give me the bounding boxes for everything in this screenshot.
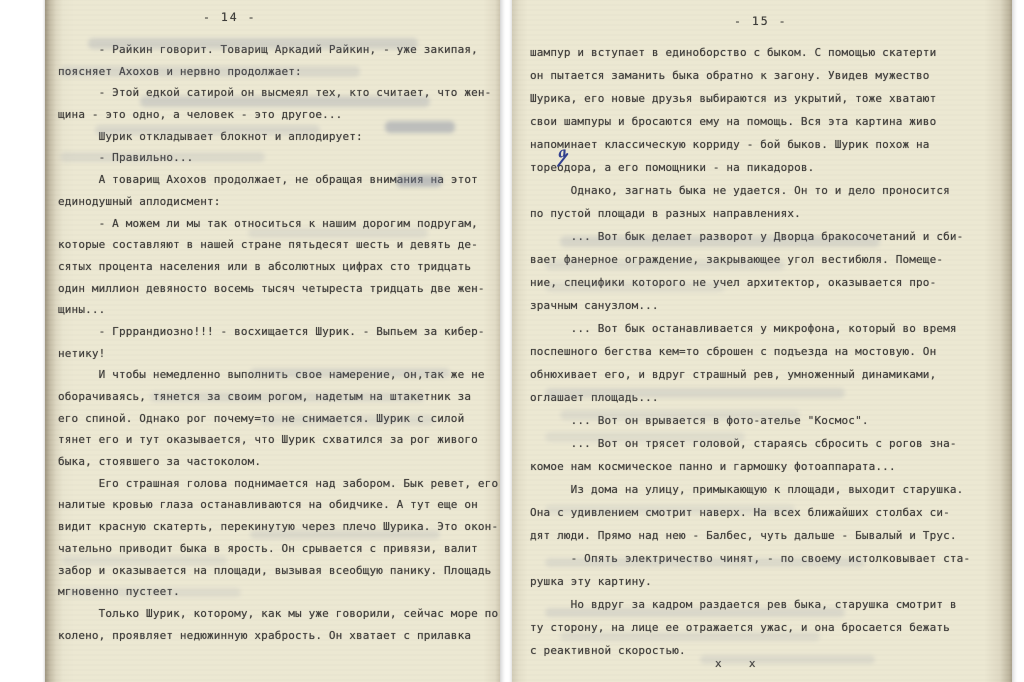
text-line: тянет его и тут оказывается, что Шурик с… [58,429,498,451]
text-line: ... Вот он врывается в фото-ателье "Косм… [530,409,970,432]
text-line: Шурика, его новые друзья выбираются из у… [530,87,970,110]
text-line: Однако, загнать быка не удается. Он то и… [530,179,970,202]
text-line: вает фанерное ограждение, закрывающее уг… [530,248,970,271]
text-line: тореодора, а его помощники - на пикадоро… [530,156,970,179]
page-14-text: - Райкин говорит. Товарищ Аркадий Райкин… [58,39,498,646]
text-line: ... Вот он трясет головой, стараясь сбро… [530,432,970,455]
text-line: Только Шурик, которому, как мы уже говор… [58,603,498,625]
text-line: - Этой едкой сатирой он высмеял тех, кто… [58,82,498,104]
text-line: свои шампуры и бросаются ему на помощь. … [530,110,970,133]
text-line: шампур и вступает в единоборство с быком… [530,41,970,64]
text-line: оборачиваясь, тянется за своим рогом, на… [58,386,498,408]
text-line: единодушный аплодисмент: [58,191,498,213]
scanned-typescript-spread: { "document": { "left_page": { "page_num… [0,0,1024,682]
page-15-text: шампур и вступает в единоборство с быком… [530,41,970,662]
text-line: Его страшная голова поднимается над забо… [58,473,498,495]
text-line: - Правильно... [58,147,498,169]
text-line: оглашает площадь... [530,386,970,409]
text-line: ту сторону, на лице ее отражается ужас, … [530,616,970,639]
text-line: Шурик откладывает блокнот и аплодирует: [58,126,498,148]
text-line: поспешного бегства кем=то сброшен с подъ… [530,340,970,363]
text-line: ... Вот бык останавливается у микрофона,… [530,317,970,340]
text-line: Но вдруг за кадром раздается рев быка, с… [530,593,970,616]
text-line: - А можем ли мы так относиться к нашим д… [58,213,498,235]
text-line: которые составляют в нашей стране пятьде… [58,234,498,256]
text-line: А товарищ Ахохов продолжает, не обращая … [58,169,498,191]
text-line: по пустой площади в разных направлениях. [530,202,970,225]
page-14-number: - 14 - [203,10,257,24]
page-15: - 15 - шампур и вступает в единоборство … [512,0,1012,682]
text-line: мгновенно пустеет. [58,581,498,603]
text-line: напоминает классическую корриду - бой бы… [530,133,970,156]
page-14: - 14 - - Райкин говорит. Товарищ Аркадий… [45,0,500,682]
page-15-number: - 15 - [734,14,788,28]
text-line: щина - это одно, а человек - это другое.… [58,104,498,126]
text-line: один миллион девяносто восемь тысяч четы… [58,278,498,300]
text-line: комое нам космическое панно и гармошку ф… [530,455,970,478]
text-line: - Опять электричество чинят, - по своему… [530,547,970,570]
text-line: налитые кровью глаза останавливаются на … [58,494,498,516]
text-line: быка, стоявшего за частоколом. [58,451,498,473]
text-line: ... Вот бык делает разворот у Дворца бра… [530,225,970,248]
text-line: нетику! [58,343,498,365]
text-line: колено, проявляет недюжинную храбрость. … [58,625,498,647]
text-line: поясняет Ахохов и нервно продолжает: [58,61,498,83]
text-line: забор и оказывается на площади, вызывая … [58,560,498,582]
text-line: видит красную скатерть, перекинутую чере… [58,516,498,538]
text-line: Из дома на улицу, примыкающую к площади,… [530,478,970,501]
text-line: - Райкин говорит. Товарищ Аркадий Райкин… [58,39,498,61]
text-line: чательно приводит быка в ярость. Он срыв… [58,538,498,560]
text-line: щины... [58,299,498,321]
text-line: зрачным санузлом... [530,294,970,317]
text-line: И чтобы немедленно выполнить свое намере… [58,364,498,386]
text-line: он пытается заманить быка обратно к заго… [530,64,970,87]
text-line: дят люди. Прямо над нею - Балбес, чуть д… [530,524,970,547]
text-line: сятых процента населения или в абсолютны… [58,256,498,278]
text-line: его спиной. Однако рог почему=то не сним… [58,408,498,430]
text-line: ние, специфики которого не учел архитект… [530,271,970,294]
text-line: рушка эту картину. [530,570,970,593]
section-end-mark: х х [715,657,756,670]
text-line: - Грррандиозно!!! - восхищается Шурик. -… [58,321,498,343]
text-line: Она с удивлением смотрит наверх. На всех… [530,501,970,524]
text-line: обнюхивает его, и вдруг страшный рев, ум… [530,363,970,386]
